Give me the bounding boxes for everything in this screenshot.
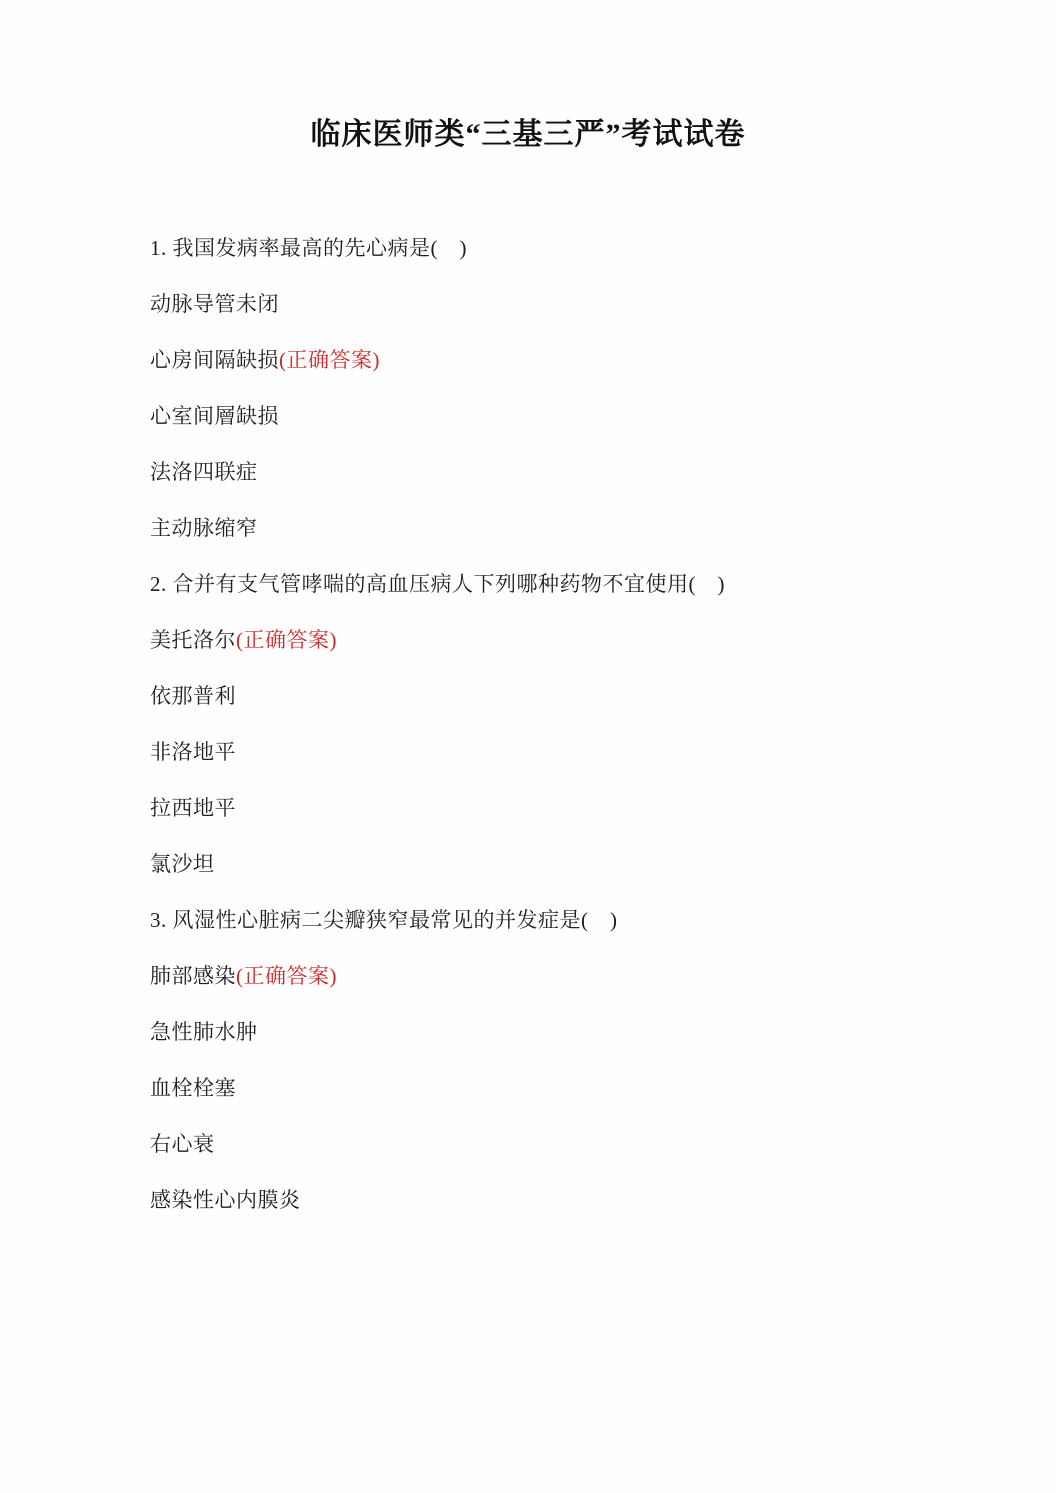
- option-label: 心室间層缺损: [150, 404, 279, 428]
- question-text: 3. 风湿性心脏病二尖瓣狭窄最常见的并发症是( ): [150, 910, 976, 931]
- option-label: 拉西地平: [150, 796, 236, 820]
- option-text: 主动脉缩窄: [150, 518, 976, 539]
- option-label: 血栓栓塞: [150, 1076, 236, 1100]
- option-label: 依那普利: [150, 684, 236, 708]
- option-label: 法洛四联症: [150, 460, 258, 484]
- option-label: 主动脉缩窄: [150, 516, 258, 540]
- option-text: 右心衰: [150, 1134, 976, 1155]
- option-text: 氯沙坦: [150, 854, 976, 875]
- option-text: 心房间隔缺损(正确答案): [150, 350, 976, 371]
- correct-answer-tag: (正确答案): [236, 628, 337, 652]
- document-title: 临床医师类“三基三严”考试试卷: [0, 0, 1056, 154]
- option-text: 急性肺水肿: [150, 1022, 976, 1043]
- option-label: 右心衰: [150, 1132, 215, 1156]
- question-number: 2.: [150, 572, 167, 596]
- correct-answer-tag: (正确答案): [279, 348, 380, 372]
- correct-answer-tag: (正确答案): [236, 964, 337, 988]
- option-text: 血栓栓塞: [150, 1078, 976, 1099]
- option-label: 非洛地平: [150, 740, 236, 764]
- option-text: 依那普利: [150, 686, 976, 707]
- exam-paper-page: 临床医师类“三基三严”考试试卷 1. 我国发病率最高的先心病是( )动脉导管未闭…: [0, 0, 1056, 1493]
- option-label: 氯沙坦: [150, 852, 215, 876]
- option-text: 心室间層缺损: [150, 406, 976, 427]
- option-text: 美托洛尔(正确答案): [150, 630, 976, 651]
- option-text: 肺部感染(正确答案): [150, 966, 976, 987]
- option-text: 非洛地平: [150, 742, 976, 763]
- question-number: 3.: [150, 908, 167, 932]
- question-list: 1. 我国发病率最高的先心病是( )动脉导管未闭心房间隔缺损(正确答案)心室间層…: [0, 154, 1056, 1211]
- question-stem: 我国发病率最高的先心病是( ): [173, 236, 468, 260]
- option-label: 感染性心内膜炎: [150, 1188, 301, 1212]
- question-text: 2. 合并有支气管哮喘的高血压病人下列哪种药物不宜使用( ): [150, 574, 976, 595]
- option-label: 动脉导管未闭: [150, 292, 279, 316]
- option-label: 急性肺水肿: [150, 1020, 258, 1044]
- question-text: 1. 我国发病率最高的先心病是( ): [150, 238, 976, 259]
- option-text: 感染性心内膜炎: [150, 1190, 976, 1211]
- question-stem: 合并有支气管哮喘的高血压病人下列哪种药物不宜使用( ): [173, 572, 725, 596]
- option-text: 拉西地平: [150, 798, 976, 819]
- option-text: 法洛四联症: [150, 462, 976, 483]
- option-text: 动脉导管未闭: [150, 294, 976, 315]
- question-number: 1.: [150, 236, 167, 260]
- question-stem: 风湿性心脏病二尖瓣狭窄最常见的并发症是( ): [173, 908, 618, 932]
- option-label: 肺部感染: [150, 964, 236, 988]
- option-label: 心房间隔缺损: [150, 348, 279, 372]
- option-label: 美托洛尔: [150, 628, 236, 652]
